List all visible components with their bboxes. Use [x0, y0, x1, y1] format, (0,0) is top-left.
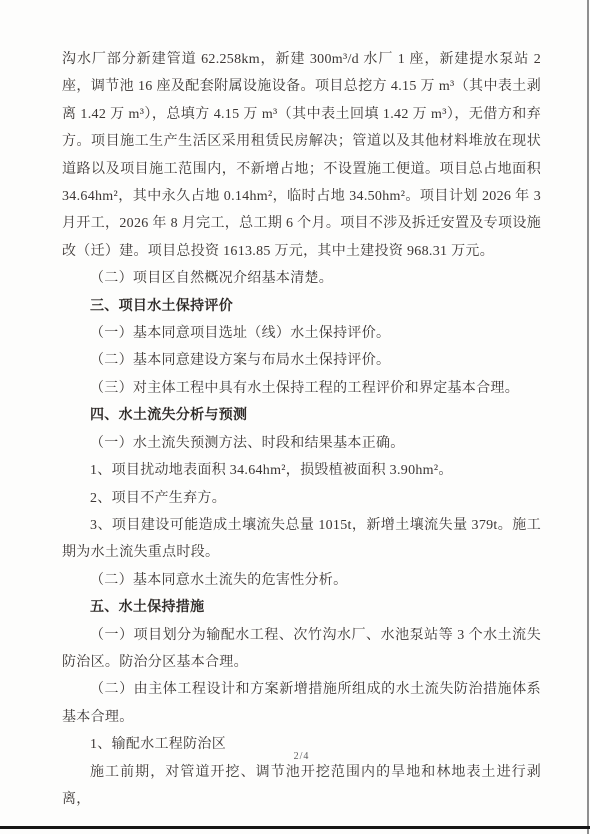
section-heading: 四、水土流失分析与预测: [62, 402, 541, 429]
document-body: 沟水厂部分新建管道 62.258km，新建 300m³/d 水厂 1 座，新建提…: [62, 46, 541, 813]
scan-right-edge-line: [587, 0, 589, 834]
paragraph: 1、项目扰动地表面积 34.64hm²，损毁植被面积 3.90hm²。: [62, 457, 541, 484]
paragraph: （三）对主体工程中具有水土保持工程的工程评价和界定基本合理。: [62, 375, 541, 402]
paragraph: 沟水厂部分新建管道 62.258km，新建 300m³/d 水厂 1 座，新建提…: [62, 46, 541, 265]
paragraph: （一）项目划分为输配水工程、次竹沟水厂、水池泵站等 3 个水土流失防治区。防治分…: [62, 622, 541, 677]
scanned-page: 沟水厂部分新建管道 62.258km，新建 300m³/d 水厂 1 座，新建提…: [0, 0, 590, 834]
paragraph: 施工前期，对管道开挖、调节池开挖范围内的旱地和林地表土进行剥离，: [62, 759, 541, 814]
section-heading: 三、项目水土保持评价: [62, 293, 541, 320]
paragraph: （二）由主体工程设计和方案新增措施所组成的水土流失防治措施体系基本合理。: [62, 676, 541, 731]
paragraph: 3、项目建设可能造成土壤流失总量 1015t，新增土壤流失量 379t。施工期为…: [62, 512, 541, 567]
paragraph: （一）基本同意项目选址（线）水土保持评价。: [62, 320, 541, 347]
paragraph: （一）水土流失预测方法、时段和结果基本正确。: [62, 430, 541, 457]
section-heading: 五、水土保持措施: [62, 594, 541, 621]
page-number: 2/4: [62, 751, 541, 762]
paragraph: （二）项目区自然概况介绍基本清楚。: [62, 265, 541, 292]
scan-bottom-edge-line: [0, 826, 590, 829]
paragraph: （二）基本同意建设方案与布局水土保持评价。: [62, 347, 541, 374]
paragraph: 2、项目不产生弃方。: [62, 485, 541, 512]
paragraph: （二）基本同意水土流失的危害性分析。: [62, 567, 541, 594]
